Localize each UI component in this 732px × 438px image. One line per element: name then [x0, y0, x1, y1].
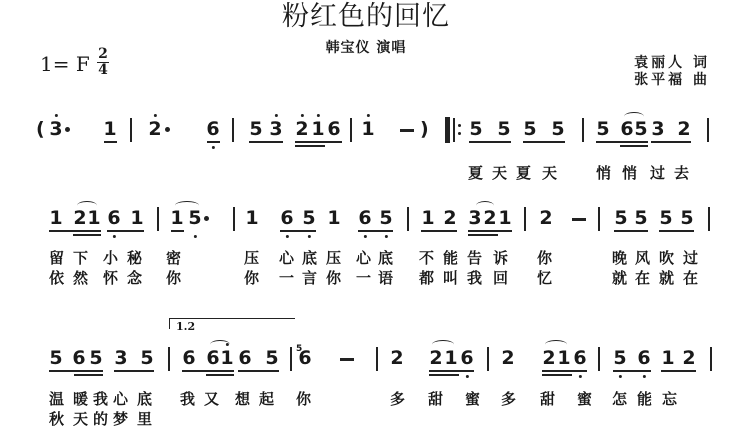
note: 1: [130, 207, 143, 229]
note: 1: [245, 207, 258, 229]
lyric: 心: [279, 247, 294, 268]
lyric: 梦: [113, 408, 128, 429]
underline: [249, 141, 283, 143]
underline: [358, 230, 393, 232]
low-octave-dot: [578, 375, 581, 378]
note: 2: [443, 207, 456, 229]
underline: [182, 370, 234, 372]
note: 6: [107, 207, 120, 229]
lyric: 过: [683, 247, 698, 268]
barline: [376, 347, 378, 371]
lyric: 晚: [612, 247, 627, 268]
underline: [238, 370, 279, 372]
lyric: 甜: [540, 388, 555, 409]
note: 1: [87, 207, 100, 229]
note: 6: [206, 118, 219, 140]
note: 6: [238, 347, 251, 369]
high-octave-dot: [316, 114, 319, 117]
note: 3: [114, 347, 127, 369]
lyric: 多: [501, 388, 516, 409]
lyric: 蜜: [465, 388, 480, 409]
lyric: 又: [204, 388, 219, 409]
note: 5: [634, 118, 647, 140]
barline: [524, 207, 526, 231]
double-underline: [73, 234, 101, 236]
underline: [114, 370, 154, 372]
high-octave-dot: [153, 114, 156, 117]
note: 3: [468, 207, 481, 229]
underline: [421, 230, 457, 232]
note: 5: [596, 118, 609, 140]
barline: [407, 207, 409, 231]
lyric: 起: [259, 388, 274, 409]
underline: [171, 230, 184, 232]
lyric: 心: [113, 388, 128, 409]
underline: [49, 230, 101, 232]
lyric: 怎: [612, 388, 627, 409]
note: 5: [497, 118, 510, 140]
high-octave-dot: [274, 114, 277, 117]
lyric: 小: [103, 247, 118, 268]
note: 1: [311, 118, 324, 140]
lyric: 我: [467, 267, 482, 288]
lyric: 天: [492, 162, 507, 183]
note: 2: [542, 347, 555, 369]
note: 6: [280, 207, 293, 229]
note: 3: [49, 118, 62, 140]
double-underline: [206, 374, 234, 376]
slur: [432, 340, 454, 349]
note: 1: [170, 207, 183, 229]
song-title: 粉红色的回忆: [0, 0, 732, 34]
note: 1: [49, 207, 62, 229]
repeat-dot: [458, 132, 461, 135]
staff-row-3: 1.2 5 6 5 3 5 6 6 1 6 5 5 6 2 2 1 6 2 2 …: [0, 318, 732, 438]
high-octave-dot: [300, 114, 303, 117]
lyric: 忆: [537, 267, 552, 288]
lyric: 里: [137, 408, 152, 429]
lyric: 你: [296, 388, 311, 409]
lyric: 就: [612, 267, 627, 288]
lyric: 叫: [443, 267, 458, 288]
note: 6: [637, 347, 650, 369]
note: 2: [73, 207, 86, 229]
lyric: 天: [73, 408, 88, 429]
lyric: 暖: [73, 388, 88, 409]
note: 6: [298, 347, 311, 369]
lyric: 依: [49, 267, 64, 288]
lyric: 我: [180, 388, 195, 409]
underline: [651, 141, 691, 143]
barline: [157, 207, 159, 231]
singer-credit: 韩宝仪 演唱: [0, 37, 732, 57]
lyric: 然: [73, 267, 88, 288]
note: 2: [429, 347, 442, 369]
staff-row-1: ( 3 1 2 6 5 3 2 1 6 1 ) 5 5 5 5 5 6 5 3 …: [0, 118, 732, 198]
lyric: 底: [302, 247, 317, 268]
slur: [210, 340, 230, 349]
lyric: 悄: [622, 162, 637, 183]
lyric: 怀: [103, 267, 118, 288]
lyric: 想: [235, 388, 250, 409]
lyric: 风: [635, 247, 650, 268]
lyric: 过: [650, 162, 665, 183]
lyric: 底: [137, 388, 152, 409]
underline: [523, 141, 565, 143]
low-octave-dot: [112, 235, 115, 238]
repeat-dot: [458, 124, 461, 127]
note: 1: [103, 118, 116, 140]
double-underline: [620, 145, 648, 147]
note: 5: [634, 207, 647, 229]
underline: [661, 370, 696, 372]
note: 6: [327, 118, 340, 140]
note: 5: [659, 207, 672, 229]
augmentation-dot: [65, 127, 70, 132]
note: 5: [469, 118, 482, 140]
low-octave-dot: [285, 235, 288, 238]
underline: [295, 141, 342, 143]
augmentation-dot: [165, 127, 170, 132]
lyric: 你: [166, 267, 181, 288]
note: 5: [379, 207, 392, 229]
double-underline: [468, 234, 498, 236]
note: 2: [483, 207, 496, 229]
underline: [542, 370, 587, 372]
note: 1: [661, 347, 674, 369]
note: 2: [390, 347, 403, 369]
lyric: 告: [467, 247, 482, 268]
lyric: 念: [127, 267, 142, 288]
lyric: 不: [419, 247, 434, 268]
lyric: 在: [683, 267, 698, 288]
note: 5: [188, 207, 201, 229]
lyric: 秘: [127, 247, 142, 268]
lyric: 悄: [596, 162, 611, 183]
note: 1: [327, 207, 340, 229]
lyric: 底: [378, 247, 393, 268]
lyric: 多: [390, 388, 405, 409]
underline: [596, 141, 648, 143]
staff-row-2: 1 2 1 6 1 1 5 1 6 5 1 6 5 1 2 3 2 1 2 5 …: [0, 207, 732, 297]
lyric: 蜜: [577, 388, 592, 409]
note: 6: [182, 347, 195, 369]
lyric: 密: [166, 247, 181, 268]
lyric: 留: [49, 247, 64, 268]
lyric: 天: [542, 162, 557, 183]
underline: [613, 370, 651, 372]
slur: [175, 201, 199, 210]
double-underline: [429, 374, 459, 376]
lyric: 压: [326, 247, 341, 268]
time-signature-denominator: 4: [97, 64, 109, 77]
volta-label: 1.2: [176, 320, 195, 333]
lyric: 语: [378, 267, 393, 288]
sustain-dash: [400, 129, 414, 132]
note: 5: [523, 118, 536, 140]
barline: [598, 347, 600, 371]
underline: [468, 230, 512, 232]
lyric: 都: [419, 267, 434, 288]
underline: [49, 370, 103, 372]
underline: [280, 230, 316, 232]
lyric: 我: [93, 388, 108, 409]
note: 5: [265, 347, 278, 369]
note: 3: [651, 118, 664, 140]
underline: [207, 141, 220, 143]
barline: [290, 347, 292, 371]
double-underline: [74, 374, 103, 376]
high-octave-dot: [54, 114, 57, 117]
double-underline: [542, 374, 572, 376]
barline: [487, 347, 489, 371]
close-parenthesis: ): [420, 118, 429, 140]
lyric: 温: [49, 388, 64, 409]
note: 1: [557, 347, 570, 369]
lyric: 去: [674, 162, 689, 183]
lyric: 能: [637, 388, 652, 409]
note: 1: [421, 207, 434, 229]
lyric: 下: [73, 247, 88, 268]
note: 5: [49, 347, 62, 369]
barline: [582, 118, 584, 142]
lyric: 言: [302, 267, 317, 288]
note: 5: [302, 207, 315, 229]
low-octave-dot: [211, 146, 214, 149]
lyric: 你: [244, 267, 259, 288]
slur: [545, 340, 567, 349]
low-octave-dot: [307, 235, 310, 238]
underline: [614, 230, 648, 232]
note: 2: [682, 347, 695, 369]
note: 2: [501, 347, 514, 369]
lyric: 诉: [493, 247, 508, 268]
augmentation-dot: [204, 216, 209, 221]
barline: [168, 347, 170, 371]
underline: [429, 370, 474, 372]
note: 1: [498, 207, 511, 229]
underline: [104, 141, 117, 143]
note: 1: [361, 118, 374, 140]
lyric: 夏: [516, 162, 531, 183]
note: 6: [358, 207, 371, 229]
low-octave-dot: [363, 235, 366, 238]
note: 2: [295, 118, 308, 140]
open-parenthesis: (: [36, 118, 45, 140]
note: 5: [680, 207, 693, 229]
low-octave-dot: [618, 375, 621, 378]
note: 6: [460, 347, 473, 369]
note: 1: [444, 347, 457, 369]
lyric: 甜: [428, 388, 443, 409]
low-octave-dot: [642, 375, 645, 378]
underline: [107, 230, 144, 232]
barline: [707, 118, 709, 142]
barline: [232, 118, 234, 142]
low-octave-dot: [193, 235, 196, 238]
slur: [77, 201, 97, 210]
note: 5: [249, 118, 262, 140]
note: 6: [573, 347, 586, 369]
slur: [476, 201, 494, 210]
lyric: 就: [659, 267, 674, 288]
repeat-start-thick-bar: [445, 117, 450, 143]
sustain-dash: [572, 218, 586, 221]
lyric: 你: [326, 267, 341, 288]
note: 2: [148, 118, 161, 140]
note: 2: [677, 118, 690, 140]
lyric: 忘: [662, 388, 677, 409]
note: 5: [551, 118, 564, 140]
key-signature: 1= F: [40, 52, 90, 76]
lyric: 能: [443, 247, 458, 268]
lyric: 秋: [49, 408, 64, 429]
lyric: 心: [356, 247, 371, 268]
lyric: 吹: [659, 247, 674, 268]
repeat-start-thin-bar: [453, 118, 455, 142]
lyric: 的: [93, 408, 108, 429]
lyric: 一: [279, 267, 294, 288]
high-octave-dot: [366, 114, 369, 117]
time-signature-numerator: 2: [97, 48, 109, 61]
note: 2: [539, 207, 552, 229]
note: 6: [206, 347, 219, 369]
note: 6: [620, 118, 633, 140]
note: 5: [89, 347, 102, 369]
lyric: 夏: [468, 162, 483, 183]
barline: [130, 118, 132, 142]
barline: [350, 118, 352, 142]
note: 3: [269, 118, 282, 140]
double-underline: [295, 145, 325, 147]
lyric: 压: [244, 247, 259, 268]
note: 1: [220, 347, 233, 369]
composer-credit: 张平福 曲: [634, 69, 710, 89]
barline: [598, 207, 600, 231]
note: 5: [614, 207, 627, 229]
note: 5: [613, 347, 626, 369]
barline: [710, 347, 712, 371]
note: 5: [140, 347, 153, 369]
underline: [659, 230, 694, 232]
lyric: 一: [356, 267, 371, 288]
time-signature: 2 4: [97, 48, 109, 77]
barline: [708, 207, 710, 231]
low-octave-dot: [384, 235, 387, 238]
low-octave-dot: [465, 375, 468, 378]
lyric: 在: [635, 267, 650, 288]
sustain-dash: [340, 358, 354, 361]
underline: [469, 141, 511, 143]
barline: [233, 207, 235, 231]
lyric: 你: [537, 247, 552, 268]
slur: [624, 112, 644, 121]
note: 6: [72, 347, 85, 369]
lyric: 回: [493, 267, 508, 288]
